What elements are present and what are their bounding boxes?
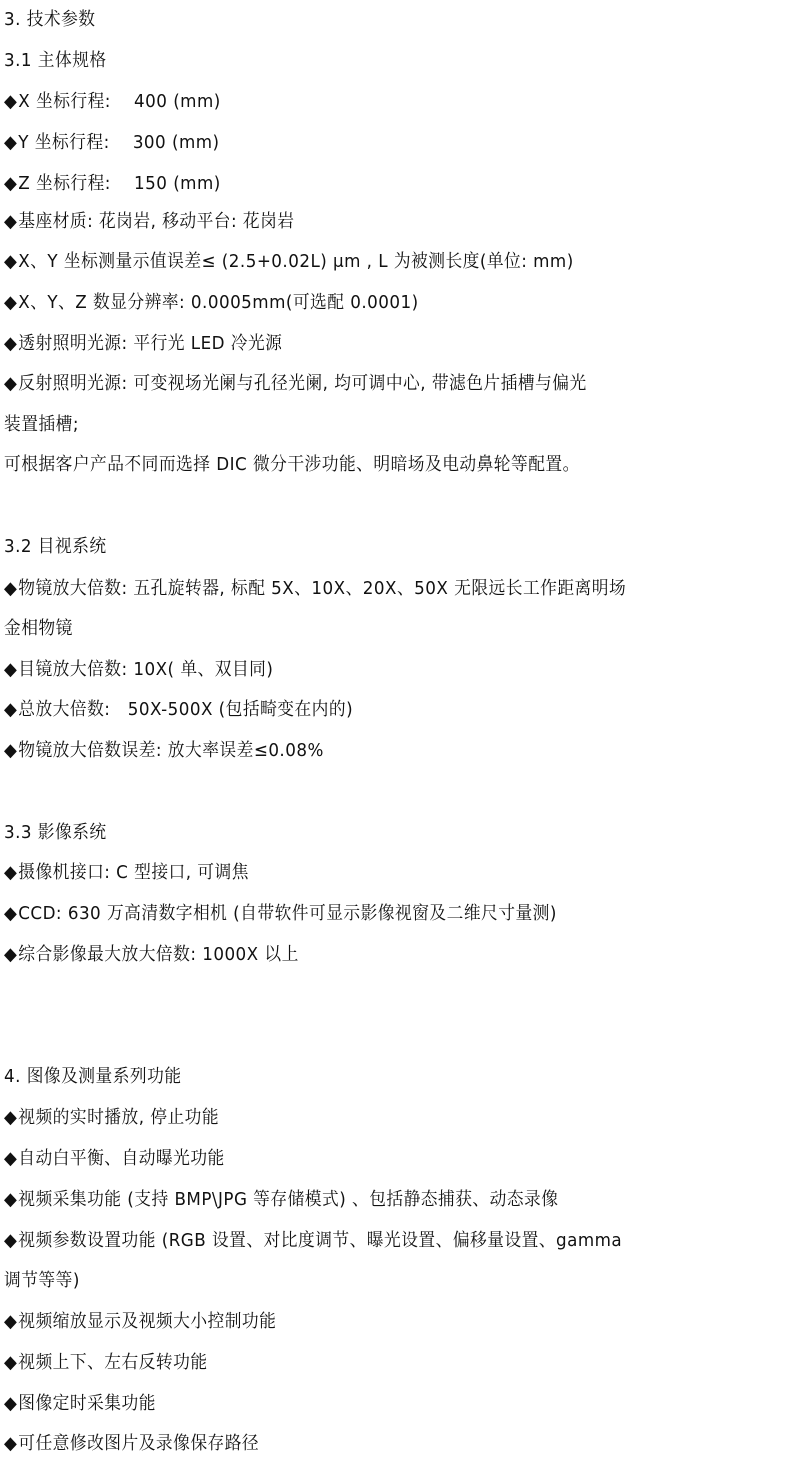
- line-text: X、Y、Z 数显分辨率: 0.0005mm(可选配 0.0001): [18, 292, 418, 313]
- line-text: 调节等等): [4, 1270, 80, 1291]
- line-text: 透射照明光源: 平行光 LED 冷光源: [18, 333, 282, 354]
- line-text: 金相物镜: [4, 618, 73, 639]
- section-heading: 3.3 影像系统: [4, 821, 107, 845]
- spec-bullet-item: ◆X、Y、Z 数显分辨率: 0.0005mm(可选配 0.0001): [4, 291, 419, 315]
- section-heading: 3.1 主体规格: [4, 49, 107, 73]
- line-text: 物镜放大倍数误差: 放大率误差≤0.08%: [18, 740, 324, 761]
- spec-bullet-item: ◆可任意修改图片及录像保存路径: [4, 1432, 259, 1456]
- line-text: 视频参数设置功能 (RGB 设置、对比度调节、曝光设置、偏移量设置、gamma: [18, 1230, 622, 1251]
- paragraph-line: 金相物镜: [4, 617, 73, 641]
- spec-bullet-item: ◆Y 坐标行程: 300 (mm): [4, 131, 219, 155]
- line-text: 装置插槽;: [4, 414, 79, 435]
- spec-bullet-item: ◆基座材质: 花岗岩, 移动平台: 花岗岩: [4, 210, 294, 234]
- paragraph-line: 调节等等): [4, 1269, 80, 1293]
- line-text: 自动白平衡、自动曝光功能: [18, 1148, 224, 1169]
- line-text: 综合影像最大放大倍数: 1000X 以上: [18, 944, 299, 965]
- spec-bullet-item: ◆物镜放大倍数: 五孔旋转器, 标配 5X、10X、20X、50X 无限远长工作…: [4, 577, 626, 601]
- diamond-bullet-icon: ◆: [4, 332, 17, 356]
- line-text: 基座材质: 花岗岩, 移动平台: 花岗岩: [18, 211, 294, 232]
- spec-bullet-item: ◆视频参数设置功能 (RGB 设置、对比度调节、曝光设置、偏移量设置、gamma: [4, 1229, 622, 1253]
- line-text: X 坐标行程: 400 (mm): [18, 91, 220, 112]
- diamond-bullet-icon: ◆: [4, 1106, 17, 1130]
- spec-bullet-item: ◆视频缩放显示及视频大小控制功能: [4, 1310, 276, 1334]
- line-text: 3.1 主体规格: [4, 50, 107, 71]
- line-text: 3. 技术参数: [4, 9, 96, 30]
- spec-bullet-item: ◆CCD: 630 万高清数字相机 (自带软件可显示影像视窗及二维尺寸量测): [4, 902, 557, 926]
- diamond-bullet-icon: ◆: [4, 943, 17, 967]
- diamond-bullet-icon: ◆: [4, 291, 17, 315]
- diamond-bullet-icon: ◆: [4, 210, 17, 234]
- spec-bullet-item: ◆总放大倍数: 50X-500X (包括畸变在内的): [4, 698, 353, 722]
- line-text: 摄像机接口: C 型接口, 可调焦: [18, 862, 249, 883]
- section-heading: 3. 技术参数: [4, 8, 96, 32]
- spec-document: 3. 技术参数3.1 主体规格◆X 坐标行程: 400 (mm)◆Y 坐标行程:…: [0, 0, 790, 1473]
- line-text: 可任意修改图片及录像保存路径: [18, 1433, 259, 1454]
- diamond-bullet-icon: ◆: [4, 131, 17, 155]
- diamond-bullet-icon: ◆: [4, 1229, 17, 1253]
- line-text: 视频的实时播放, 停止功能: [18, 1107, 219, 1128]
- diamond-bullet-icon: ◆: [4, 902, 17, 926]
- spec-bullet-item: ◆物镜放大倍数误差: 放大率误差≤0.08%: [4, 739, 324, 763]
- line-text: 物镜放大倍数: 五孔旋转器, 标配 5X、10X、20X、50X 无限远长工作距…: [18, 578, 626, 599]
- spec-bullet-item: ◆反射照明光源: 可变视场光阑与孔径光阑, 均可调中心, 带滤色片插槽与偏光: [4, 372, 587, 396]
- spec-bullet-item: ◆X、Y 坐标测量示值误差≤ (2.5+0.02L) μm , L 为被测长度(…: [4, 250, 574, 274]
- diamond-bullet-icon: ◆: [4, 739, 17, 763]
- section-heading: 3.2 目视系统: [4, 535, 107, 559]
- spec-bullet-item: ◆摄像机接口: C 型接口, 可调焦: [4, 861, 249, 885]
- diamond-bullet-icon: ◆: [4, 172, 17, 196]
- section-heading: 4. 图像及测量系列功能: [4, 1065, 182, 1089]
- spec-bullet-item: ◆综合影像最大放大倍数: 1000X 以上: [4, 943, 299, 967]
- spec-bullet-item: ◆自动白平衡、自动曝光功能: [4, 1147, 225, 1171]
- diamond-bullet-icon: ◆: [4, 90, 17, 114]
- line-text: Y 坐标行程: 300 (mm): [18, 132, 219, 153]
- line-text: Z 坐标行程: 150 (mm): [18, 173, 220, 194]
- diamond-bullet-icon: ◆: [4, 658, 17, 682]
- line-text: CCD: 630 万高清数字相机 (自带软件可显示影像视窗及二维尺寸量测): [18, 903, 557, 924]
- diamond-bullet-icon: ◆: [4, 577, 17, 601]
- line-text: 反射照明光源: 可变视场光阑与孔径光阑, 均可调中心, 带滤色片插槽与偏光: [18, 373, 586, 394]
- line-text: 视频采集功能 (支持 BMP\JPG 等存储模式) 、包括静态捕获、动态录像: [18, 1189, 558, 1210]
- line-text: 4. 图像及测量系列功能: [4, 1066, 182, 1087]
- paragraph-line: 可根据客户产品不同而选择 DIC 微分干涉功能、明暗场及电动鼻轮等配置。: [4, 453, 580, 477]
- diamond-bullet-icon: ◆: [4, 1392, 17, 1416]
- diamond-bullet-icon: ◆: [4, 1432, 17, 1456]
- line-text: 可根据客户产品不同而选择 DIC 微分干涉功能、明暗场及电动鼻轮等配置。: [4, 454, 580, 475]
- line-text: 总放大倍数: 50X-500X (包括畸变在内的): [18, 699, 353, 720]
- diamond-bullet-icon: ◆: [4, 372, 17, 396]
- diamond-bullet-icon: ◆: [4, 250, 17, 274]
- spec-bullet-item: ◆透射照明光源: 平行光 LED 冷光源: [4, 332, 282, 356]
- diamond-bullet-icon: ◆: [4, 1310, 17, 1334]
- spec-bullet-item: ◆Z 坐标行程: 150 (mm): [4, 172, 221, 196]
- line-text: 图像定时采集功能: [18, 1393, 156, 1414]
- line-text: 3.3 影像系统: [4, 822, 107, 843]
- diamond-bullet-icon: ◆: [4, 1188, 17, 1212]
- diamond-bullet-icon: ◆: [4, 1147, 17, 1171]
- line-text: 目镜放大倍数: 10X( 单、双目同): [18, 659, 273, 680]
- line-text: 3.2 目视系统: [4, 536, 107, 557]
- diamond-bullet-icon: ◆: [4, 1351, 17, 1375]
- spec-bullet-item: ◆视频的实时播放, 停止功能: [4, 1106, 219, 1130]
- paragraph-line: 装置插槽;: [4, 413, 79, 437]
- spec-bullet-item: ◆视频采集功能 (支持 BMP\JPG 等存储模式) 、包括静态捕获、动态录像: [4, 1188, 558, 1212]
- line-text: 视频缩放显示及视频大小控制功能: [18, 1311, 276, 1332]
- line-text: X、Y 坐标测量示值误差≤ (2.5+0.02L) μm , L 为被测长度(单…: [18, 251, 573, 272]
- spec-bullet-item: ◆目镜放大倍数: 10X( 单、双目同): [4, 658, 273, 682]
- diamond-bullet-icon: ◆: [4, 861, 17, 885]
- spec-bullet-item: ◆视频上下、左右反转功能: [4, 1351, 208, 1375]
- line-text: 视频上下、左右反转功能: [18, 1352, 207, 1373]
- diamond-bullet-icon: ◆: [4, 698, 17, 722]
- spec-bullet-item: ◆图像定时采集功能: [4, 1392, 156, 1416]
- spec-bullet-item: ◆X 坐标行程: 400 (mm): [4, 90, 221, 114]
